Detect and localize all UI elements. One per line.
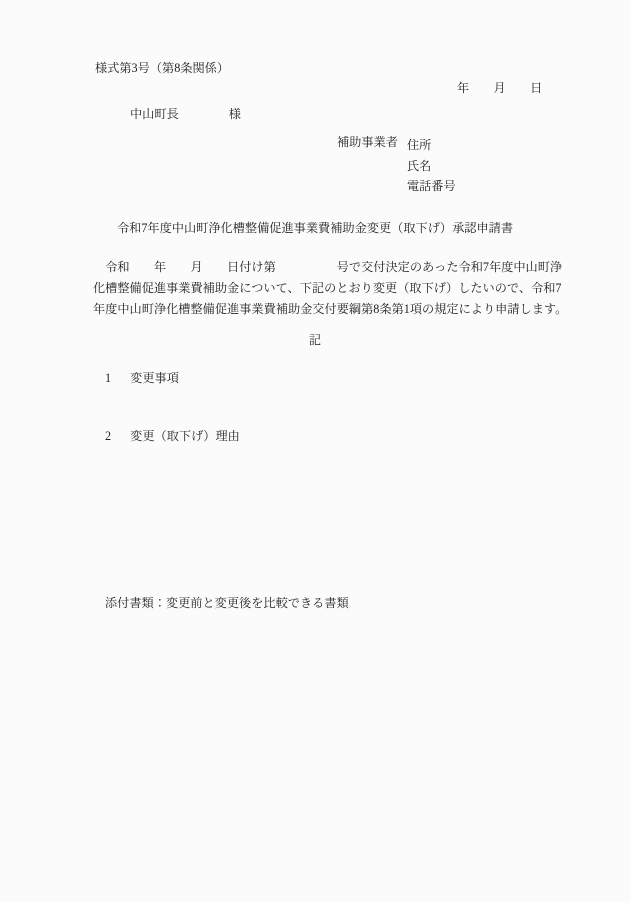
date-line: 年 月 日 [457, 81, 542, 96]
attachment-note: 添付書類：変更前と変更後を比較できる書類 [105, 596, 349, 611]
applicant-label: 補助事業者 [337, 135, 398, 150]
addressee-name: 中山町長 [130, 107, 179, 121]
list-item-text: 変更事項 [130, 371, 179, 386]
list-item-change-details: 1 変更事項 [105, 371, 179, 386]
screen: { "page": { "background_color": "#fbfbfb… [0, 0, 630, 903]
applicant-field-name: 氏名 [407, 156, 456, 177]
list-item-text: 変更（取下げ）理由 [130, 429, 240, 444]
document-page: 様式第3号（第8条関係） 年 月 日 中山町長 様 補助事業者 住所 氏名 電話… [0, 0, 630, 903]
list-item-number: 2 [105, 429, 111, 444]
body-line-3: 年度中山町浄化槽整備促進事業費補助金交付要綱第8条第1項の規定により申請します。 [93, 299, 567, 320]
body-paragraph: 令和 年 月 日付け第 号で交付決定のあった令和7年度中山町浄 化槽整備促進事業… [93, 257, 567, 320]
form-number: 様式第3号（第8条関係） [95, 61, 229, 76]
applicant-field-phone: 電話番号 [407, 176, 456, 197]
applicant-block: 補助事業者 住所 氏名 電話番号 [337, 135, 456, 197]
applicant-fields: 住所 氏名 電話番号 [407, 135, 456, 197]
addressee-line: 中山町長 様 [130, 107, 241, 122]
addressee-honorific: 様 [229, 107, 241, 122]
body-line-1: 令和 年 月 日付け第 号で交付決定のあった令和7年度中山町浄 [93, 257, 567, 278]
body-line-2: 化槽整備促進事業費補助金について、下記のとおり変更（取下げ）したいので、令和7 [93, 278, 567, 299]
applicant-field-address: 住所 [407, 135, 456, 156]
list-item-number: 1 [105, 371, 111, 386]
list-item-change-reason: 2 変更（取下げ）理由 [105, 429, 240, 444]
document-title: 令和7年度中山町浄化槽整備促進事業費補助金変更（取下げ）承認申請書 [0, 221, 630, 236]
record-marker: 記 [0, 333, 630, 348]
